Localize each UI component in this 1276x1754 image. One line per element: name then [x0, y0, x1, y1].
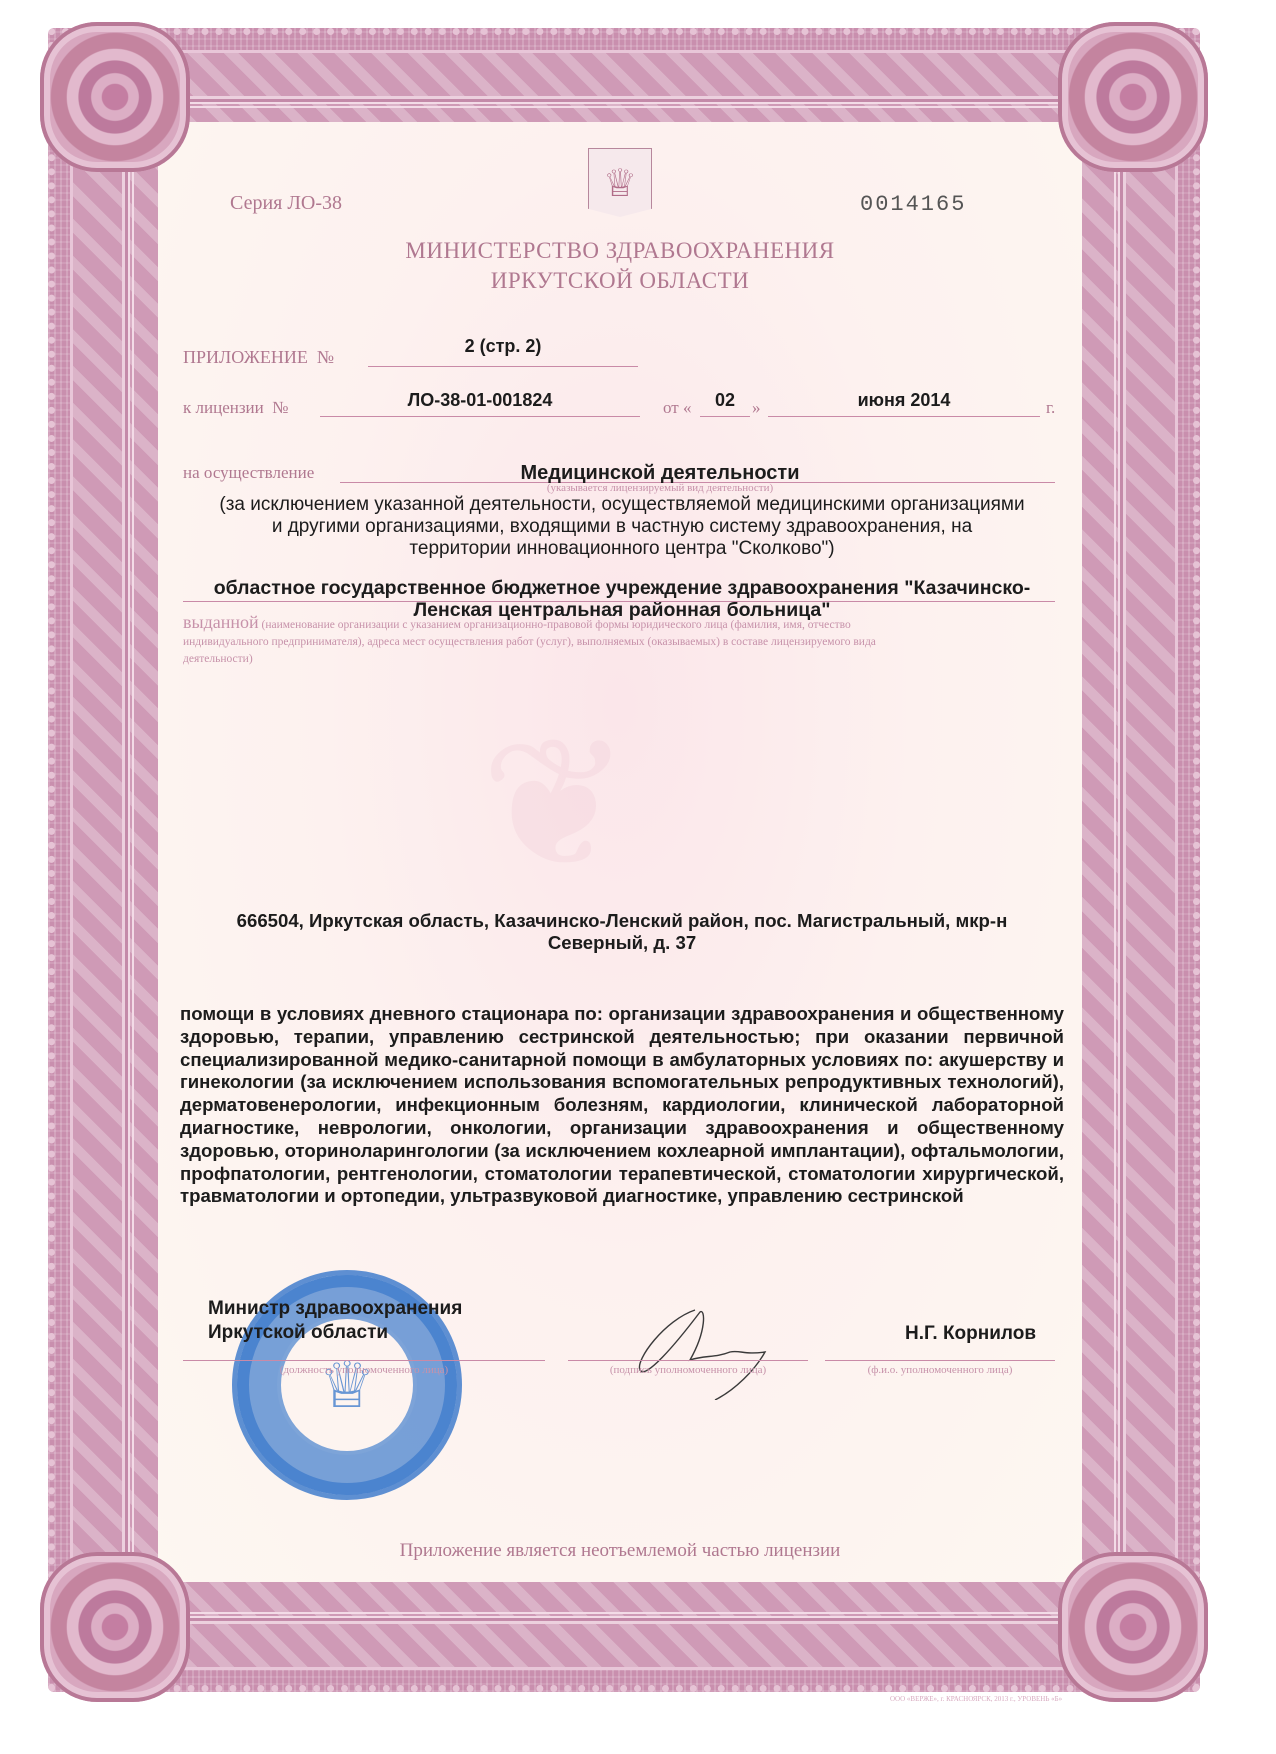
printer-imprint: ООО «ВЕРЖЕ», г. КРАСНОЯРСК, 2013 г., УРО… — [890, 1695, 1062, 1703]
license-month-line — [768, 416, 1040, 417]
ministry-title: МИНИСТЕРСТВО ЗДРАВООХРАНЕНИЯ ИРКУТСКОЙ О… — [300, 236, 940, 296]
blank-number: 0014165 — [860, 192, 966, 217]
position-line — [183, 1360, 545, 1361]
organization-hint: выданной (наименование организации с ука… — [183, 614, 1055, 668]
signer-name: Н.Г. Корнилов — [905, 1323, 1036, 1345]
corner-rosette-icon — [40, 22, 190, 172]
coat-of-arms-icon: ♕ — [588, 148, 652, 217]
license-day-line — [700, 416, 750, 417]
organization-line — [183, 601, 1055, 602]
license-number-line — [320, 416, 640, 417]
seal-eagle-icon: ♕ — [318, 1348, 375, 1423]
corner-rosette-icon — [1058, 1552, 1208, 1702]
signature-line — [568, 1360, 808, 1361]
position-hint: (должность уполномоченного лица) — [183, 1364, 545, 1376]
ministry-title-line1: МИНИСТЕРСТВО ЗДРАВООХРАНЕНИЯ — [300, 236, 940, 266]
license-date-label: от « — [663, 398, 691, 418]
footer-note: Приложение является неотъемлемой частью … — [320, 1540, 920, 1562]
appendix-label: ПРИЛОЖЕНИЕ № — [183, 347, 334, 368]
handwritten-signature — [595, 1300, 795, 1400]
license-day-value: 02 — [700, 390, 750, 411]
ministry-title-line2: ИРКУТСКОЙ ОБЛАСТИ — [300, 266, 940, 296]
license-label: к лицензии № — [183, 398, 288, 418]
activity-exclusion: (за исключением указанной деятельности, … — [180, 494, 1064, 560]
license-year-suffix: г. — [1046, 398, 1055, 418]
activity-label: на осуществление — [183, 463, 314, 483]
address: 666504, Иркутская область, Казачинско-Ле… — [180, 910, 1064, 954]
corner-rosette-icon — [1058, 22, 1208, 172]
appendix-number-line — [368, 366, 638, 367]
watermark-eagle-icon: ❦ — [480, 700, 631, 909]
name-line — [825, 1360, 1055, 1361]
appendix-number-value: 2 (стр. 2) — [368, 336, 638, 357]
license-number-value: ЛО-38-01-001824 — [320, 390, 640, 411]
corner-rosette-icon — [40, 1552, 190, 1702]
name-hint: (ф.и.о. уполномоченного лица) — [825, 1364, 1055, 1376]
license-month-year-value: июня 2014 — [768, 390, 1040, 411]
activity-hint: (указывается лицензируемый вид деятельно… — [340, 482, 980, 494]
services-text: помощи в условиях дневного стационара по… — [180, 1003, 1064, 1208]
license-quote-close: » — [752, 398, 761, 418]
issued-label: выданной — [183, 612, 259, 632]
series-label: Серия ЛО-38 — [230, 192, 342, 215]
signer-position: Министр здравоохранения Иркутской област… — [208, 1297, 462, 1345]
signature-hint: (подпись уполномоченного лица) — [568, 1364, 808, 1376]
